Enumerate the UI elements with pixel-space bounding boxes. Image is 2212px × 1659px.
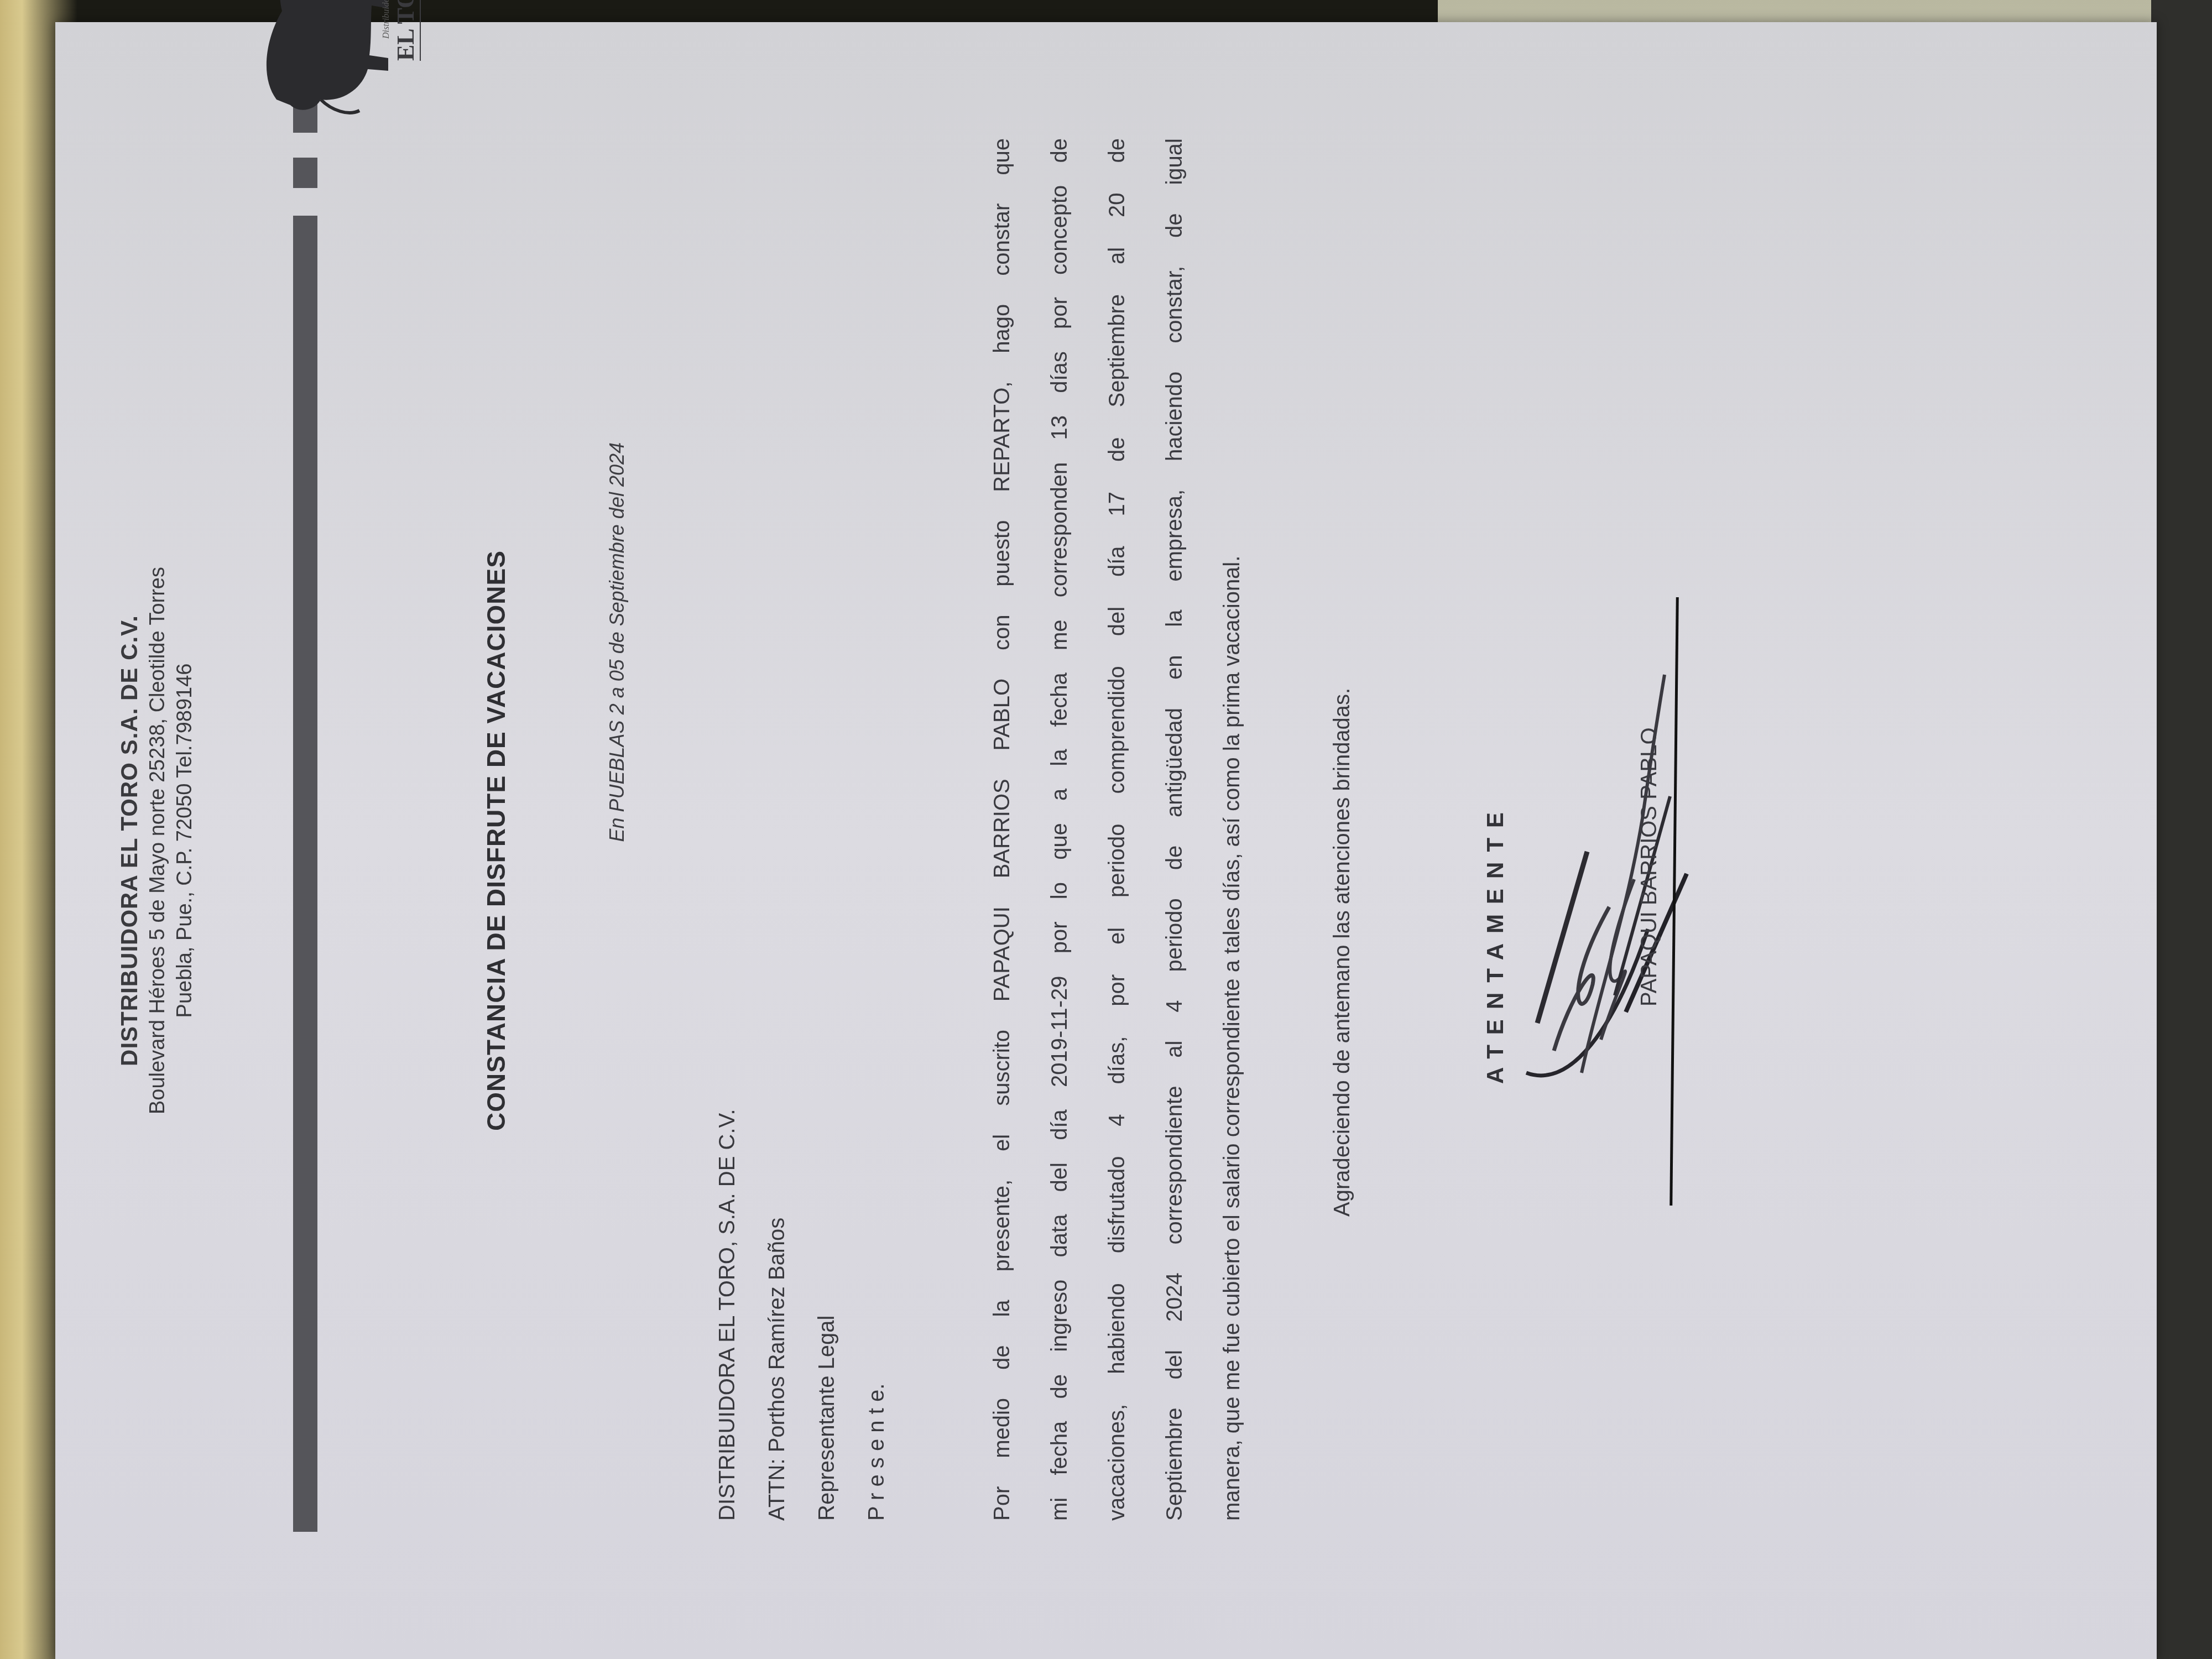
body-line: vacaciones, habiendo disfrutado 4 días, … — [1088, 138, 1146, 1521]
decorative-bar-short — [293, 158, 317, 188]
signer-name: PAPAQUI BARRIOS PABLO — [1637, 727, 1662, 1006]
body-line: mi fecha de ingreso data del día 2019-11… — [1031, 138, 1088, 1521]
body-line: Septiembre del 2024 correspondiente al 4… — [1146, 138, 1203, 1521]
letterhead-address-line-2: Puebla, Pue., C.P. 72050 Tel.7989146 — [173, 22, 197, 1659]
letterhead-address-line-1: Boulevard Héroes 5 de Mayo norte 25238, … — [146, 22, 170, 1659]
letterhead-company-name: DISTRIBUIDORA EL TORO S.A. DE C.V. — [116, 22, 143, 1659]
background-cable — [2151, 0, 2212, 1659]
addressee-attn: ATTN: Porthos Ramírez Baños — [752, 1109, 802, 1521]
addressee-block: DISTRIBUIDORA EL TORO, S.A. DE C.V. ATTN… — [702, 1109, 901, 1521]
closing-line: Agradeciendo de antemano las atenciones … — [1330, 688, 1355, 1217]
letter-page: DISTRIBUIDORA EL TORO S.A. DE C.V. Boule… — [55, 22, 2157, 1659]
place-date: En PUEBLAS 2 a 05 de Septiembre del 2024 — [606, 442, 629, 842]
letterhead: DISTRIBUIDORA EL TORO S.A. DE C.V. Boule… — [116, 22, 197, 1659]
logo-wordmark: EL TORO — [392, 0, 421, 61]
logo-caption: Distribuidora — [382, 0, 392, 39]
company-logo: EL TORO Distribuidora — [243, 0, 426, 122]
body-paragraph: Por medio de la presente, el suscrito PA… — [973, 138, 1261, 1521]
document-title: CONSTANCIA DE DISFRUTE DE VACACIONES — [481, 22, 511, 1659]
addressee-role: Representante Legal — [802, 1109, 852, 1521]
decorative-bar — [293, 216, 317, 1532]
body-line: Por medio de la presente, el suscrito PA… — [973, 138, 1031, 1521]
addressee-company: DISTRIBUIDORA EL TORO, S.A. DE C.V. — [702, 1109, 752, 1521]
body-line: manera, que me fue cubierto el salario c… — [1203, 138, 1261, 1521]
addressee-greeting: P r e s e n t e. — [852, 1109, 901, 1521]
